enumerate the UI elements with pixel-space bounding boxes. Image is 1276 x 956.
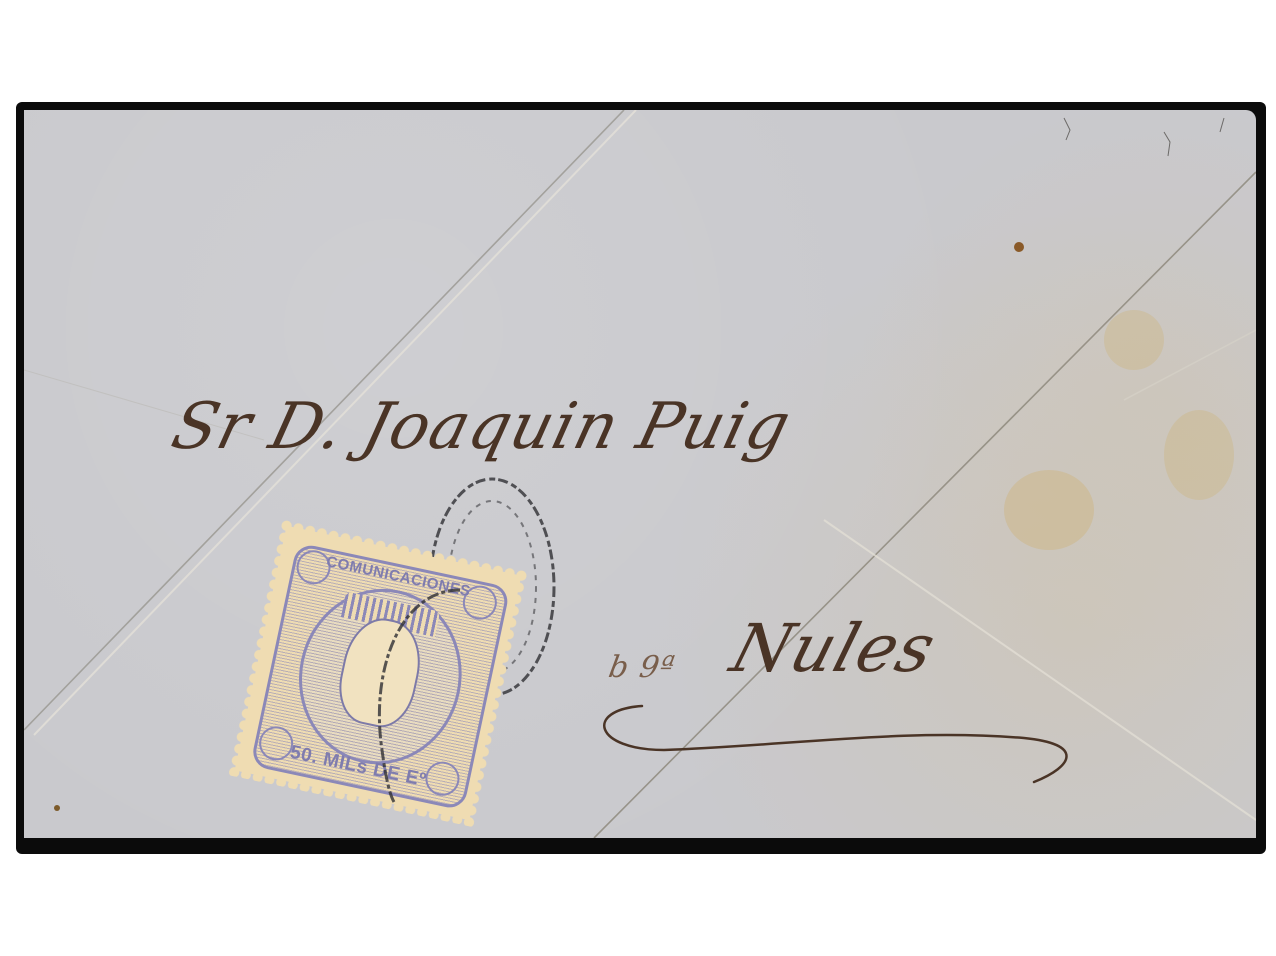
underline-flourish [24,110,1256,838]
envelope: Sr D. Joaquin Puig b 9ª Nules [24,110,1256,838]
cover-photo: Sr D. Joaquin Puig b 9ª Nules [0,0,1276,956]
cancel-stroke [360,580,480,810]
